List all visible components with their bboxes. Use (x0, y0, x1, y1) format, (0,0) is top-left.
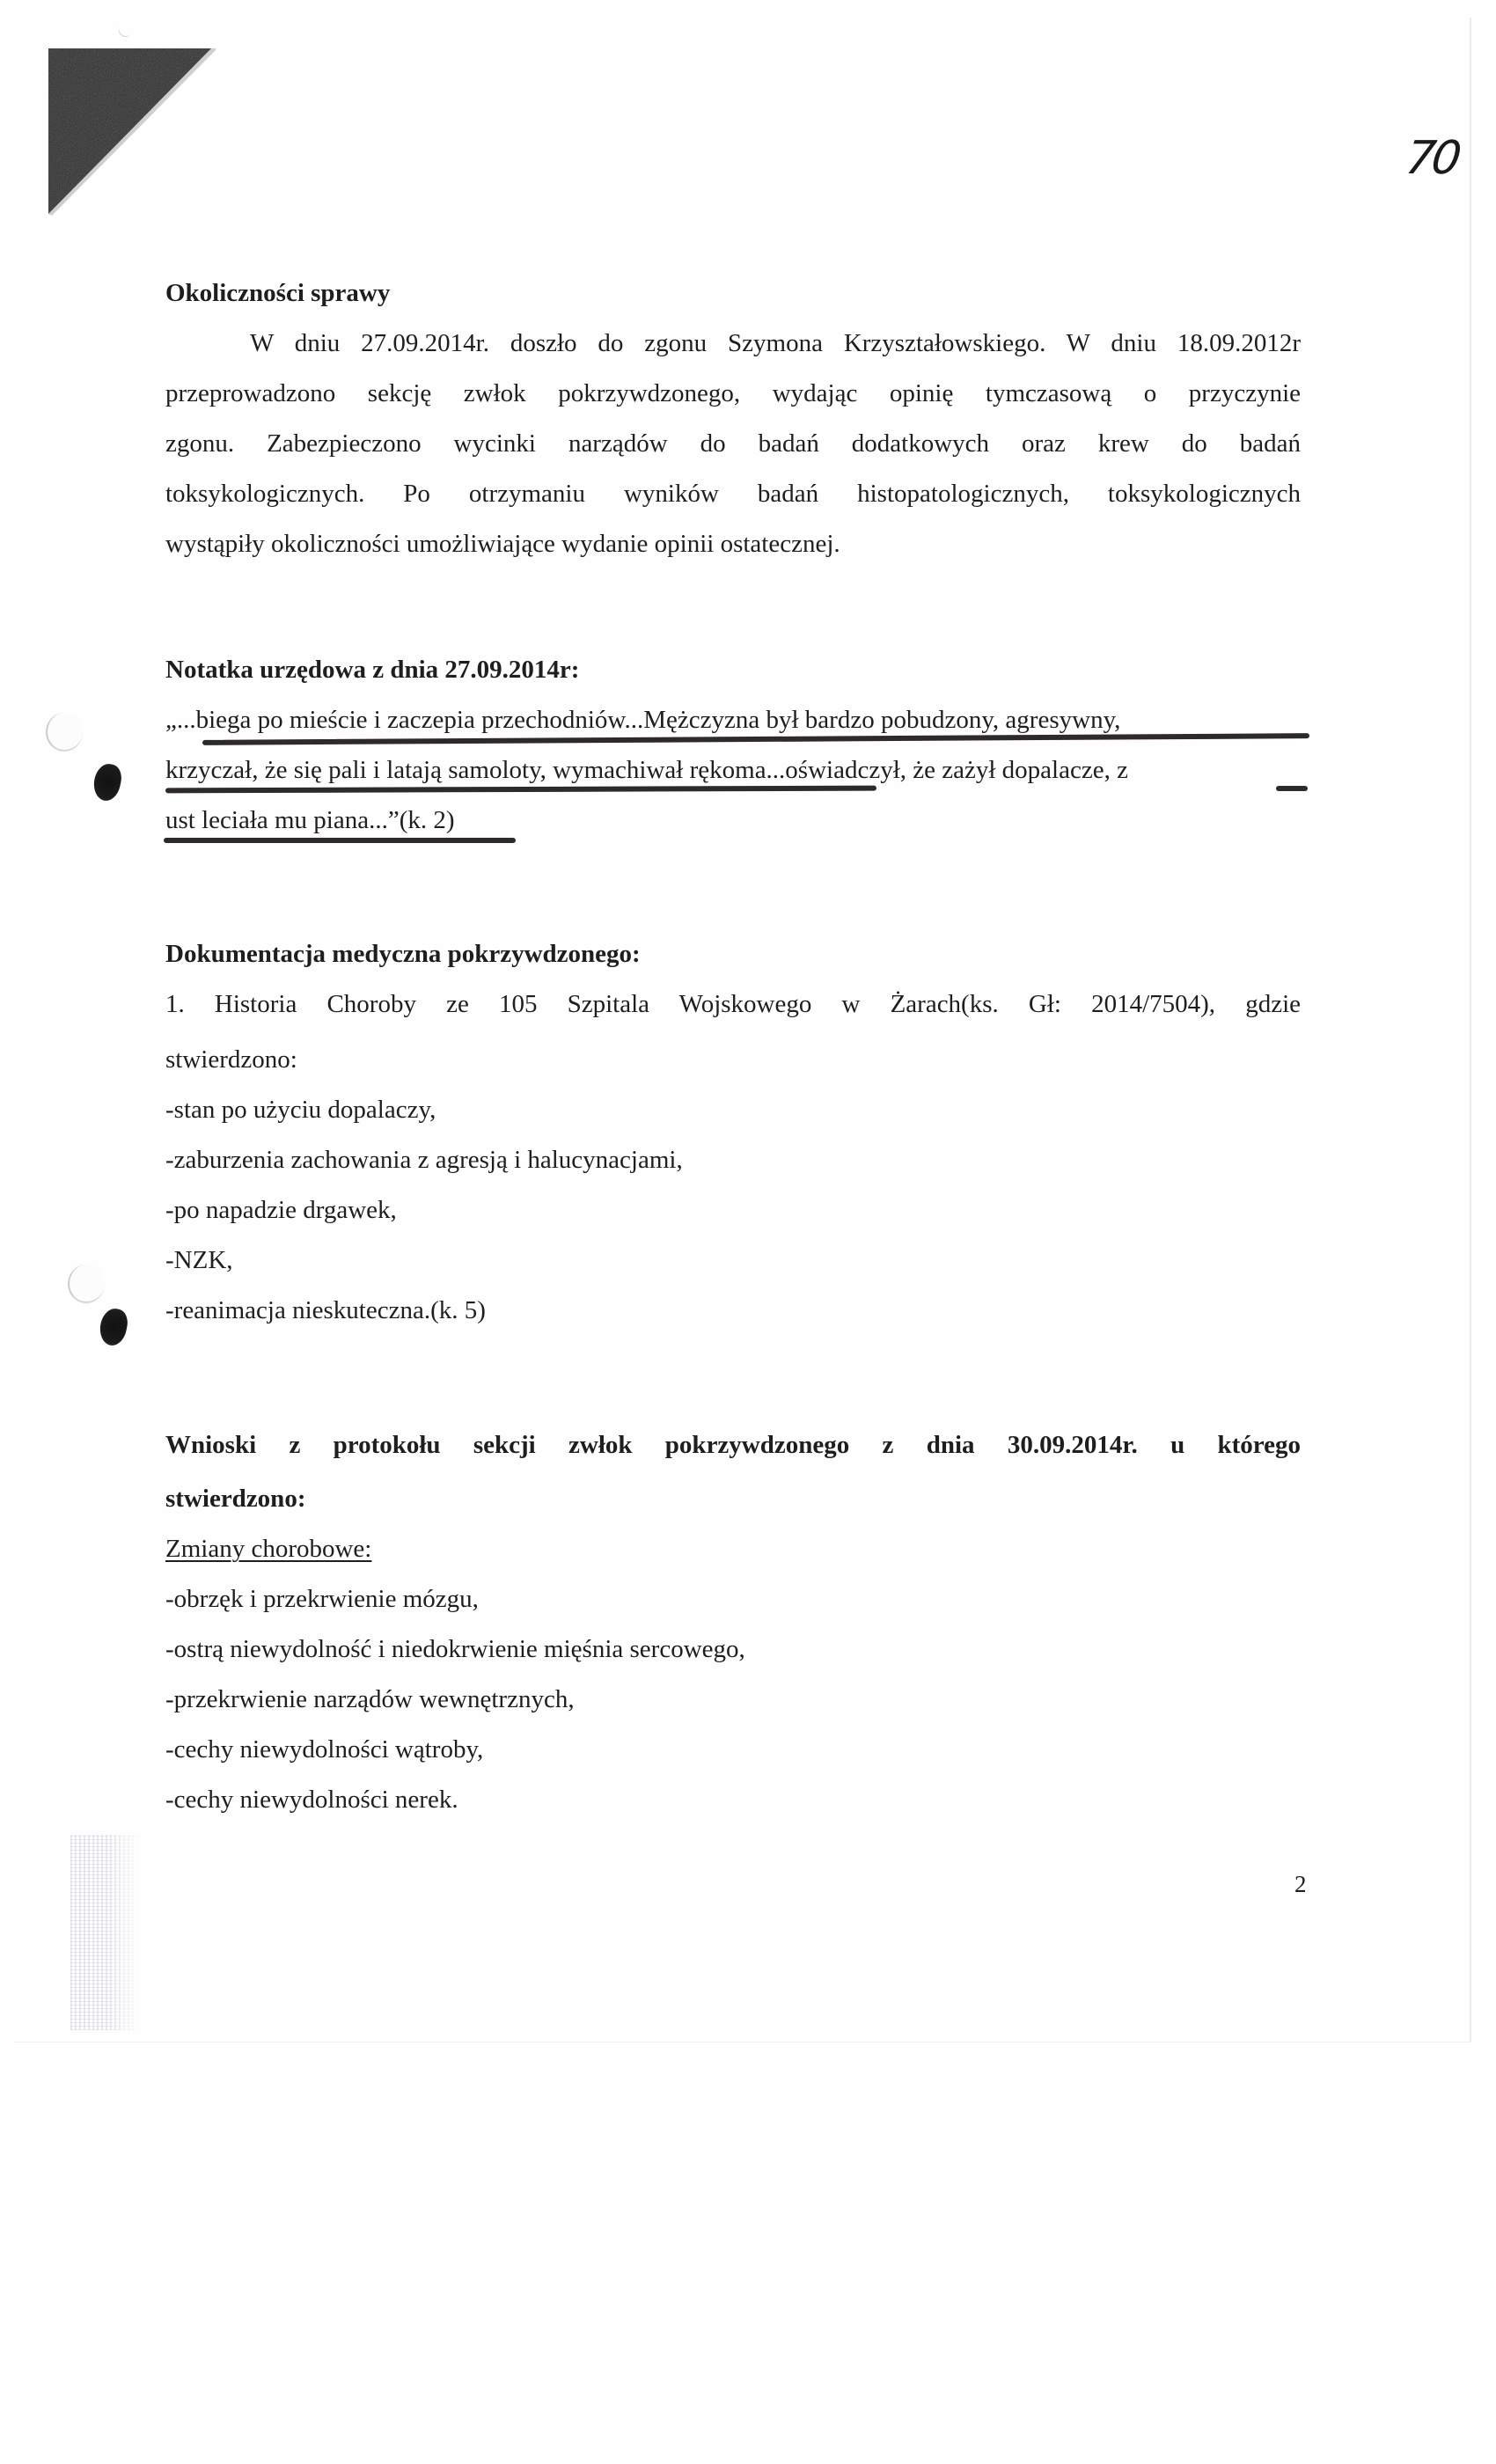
handwritten-underline (1276, 786, 1308, 791)
subheading-text: Zmiany chorobowe: (165, 1535, 371, 1563)
finding-item: -obrzęk i przekrwienie mózgu, (165, 1574, 1301, 1624)
handwritten-underline (202, 733, 1309, 745)
documentation-intro-line: 1. Historia Choroby ze 105 Szpitala Wojs… (165, 979, 1301, 1030)
page-number: 2 (1294, 1871, 1307, 1898)
section-official-note: Notatka urzędowa z dnia 27.09.2014r: „..… (165, 645, 1301, 846)
finding-item: -reanimacja nieskuteczna.(k. 5) (165, 1286, 1301, 1336)
handwritten-underline (165, 786, 876, 794)
finding-item: -cechy niewydolności nerek. (165, 1775, 1301, 1825)
documentation-intro-line: stwierdzono: (165, 1035, 1301, 1085)
paragraph-line: zgonu. Zabezpieczono wycinki narządów do… (165, 419, 1301, 469)
quote-line: krzyczał, że się pali i latają samoloty,… (165, 745, 1301, 796)
section-circumstances: Okoliczności sprawy W dniu 27.09.2014r. … (165, 268, 1301, 569)
section-heading: stwierdzono: (165, 1474, 1301, 1524)
paragraph-line: wystąpiły okoliczności umożliwiające wyd… (165, 519, 1301, 569)
finding-item: -NZK, (165, 1236, 1301, 1286)
finding-item: -ostrą niewydolność i niedokrwienie mięś… (165, 1624, 1301, 1675)
finding-item: -po napadzie drgawek, (165, 1185, 1301, 1236)
subheading: Zmiany chorobowe: (165, 1524, 1301, 1574)
finding-item: -stan po użyciu dopalaczy, (165, 1085, 1301, 1135)
handwritten-underline (164, 838, 516, 843)
finding-item: -przekrwienie narządów wewnętrznych, (165, 1675, 1301, 1725)
quote-line: ust leciała mu piana...”(k. 2) (165, 796, 1301, 846)
section-medical-documentation: Dokumentacja medyczna pokrzywdzonego: 1.… (165, 929, 1301, 1336)
quote-line: „...biega po mieście i zaczepia przechod… (165, 695, 1301, 745)
finding-item: -zaburzenia zachowania z agresją i haluc… (165, 1135, 1301, 1185)
section-autopsy-conclusions: Wnioski z protokołu sekcji zwłok pokrzyw… (165, 1420, 1301, 1825)
paragraph-line: W dniu 27.09.2014r. doszło do zgonu Szym… (165, 319, 1301, 369)
paragraph-line: toksykologicznych. Po otrzymaniu wyników… (165, 469, 1301, 519)
section-heading: Okoliczności sprawy (165, 268, 1301, 319)
finding-item: -cechy niewydolności wątroby, (165, 1725, 1301, 1775)
punch-hole-mark (68, 1265, 105, 1303)
scan-corner-shadow-icon (48, 48, 216, 216)
handwritten-page-mark: 70 (1403, 132, 1462, 185)
section-heading: Notatka urzędowa z dnia 27.09.2014r: (165, 645, 1301, 695)
quote-text: ust leciała mu piana...”(k. 2) (165, 806, 455, 834)
quote-text: krzyczał, że się pali i latają samoloty,… (165, 756, 1128, 784)
section-heading: Dokumentacja medyczna pokrzywdzonego: (165, 929, 1301, 979)
scan-noise (70, 1835, 141, 2030)
paragraph-line: przeprowadzono sekcję zwłok pokrzywdzone… (165, 369, 1301, 419)
section-heading: Wnioski z protokołu sekcji zwłok pokrzyw… (165, 1420, 1301, 1470)
punch-hole-mark (46, 713, 83, 752)
quote-text: „...biega po mieście i zaczepia przechod… (165, 706, 1120, 734)
